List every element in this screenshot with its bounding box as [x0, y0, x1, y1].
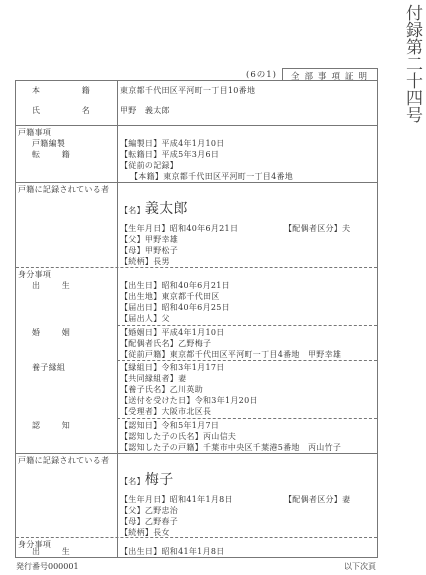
shimei-label: 氏名 [32, 105, 90, 117]
dashed-divider [16, 267, 377, 268]
column-divider [117, 81, 118, 557]
row-divider [16, 182, 377, 183]
label-char: 転 [32, 149, 40, 161]
name-key: 【名】 [120, 477, 145, 486]
label-char: 出 [32, 546, 40, 558]
dashed-divider [117, 360, 377, 361]
person1-name: 【名】義太郎 [120, 201, 188, 219]
label-char: 籍 [82, 85, 90, 97]
label-char: 知 [62, 420, 70, 432]
label-char: 本 [32, 85, 40, 97]
person2-spouse-class: 【配偶者区分】妻 [284, 494, 350, 506]
label-char: 生 [62, 280, 70, 292]
label-char: 婚 [32, 327, 40, 339]
label-char: 姻 [62, 327, 70, 339]
name-value: 義太郎 [145, 201, 188, 217]
row-divider [16, 125, 377, 126]
birth-label: 出生 [32, 280, 70, 292]
continued-next-page: 以下次頁 [344, 561, 376, 572]
shimei-value: 甲野 義太郎 [120, 105, 170, 117]
dashed-divider [117, 418, 377, 419]
dashed-divider [16, 537, 377, 538]
label-char: 名 [82, 105, 90, 117]
label-char: 氏 [32, 105, 40, 117]
birth-line: 【届出人】父 [120, 313, 170, 325]
person1-section-label: 戸籍に記録されている者 [18, 184, 109, 196]
family-register-table: 本籍 東京都千代田区平河町一丁目10番地 氏名 甲野 義太郎 戸籍事項 戸籍編製… [15, 80, 378, 558]
label-char: 生 [62, 546, 70, 558]
birth-line: 【出生日】昭和41年1月8日 [120, 546, 225, 558]
birth-label: 出生 [32, 546, 70, 558]
name-value: 梅子 [145, 472, 174, 488]
label-char: 出 [32, 280, 40, 292]
label-char: 籍 [62, 149, 70, 161]
person1-spouse-class: 【配偶者区分】夫 [284, 223, 350, 235]
adoption-line: 【受理者】大阪市北区長 [120, 406, 211, 418]
adoption-label: 養子縁組 [32, 362, 65, 374]
label-char: 認 [32, 420, 40, 432]
recognition-label: 認知 [32, 420, 70, 432]
koseki-sub-tenseki: 転籍 [32, 149, 70, 161]
person2-section-label: 戸籍に記録されている者 [18, 455, 109, 467]
dashed-divider [117, 325, 377, 326]
person2-name: 【名】梅子 [120, 472, 174, 490]
appendix-title: 付録第二十四号 [398, 4, 420, 123]
issue-number: 発行番号000001 [16, 561, 79, 572]
row-divider [16, 453, 377, 454]
honseki-label: 本籍 [32, 85, 90, 97]
name-key: 【名】 [120, 206, 145, 215]
marriage-label: 婚姻 [32, 327, 70, 339]
honseki-value: 東京都千代田区平河町一丁目10番地 [120, 85, 255, 97]
